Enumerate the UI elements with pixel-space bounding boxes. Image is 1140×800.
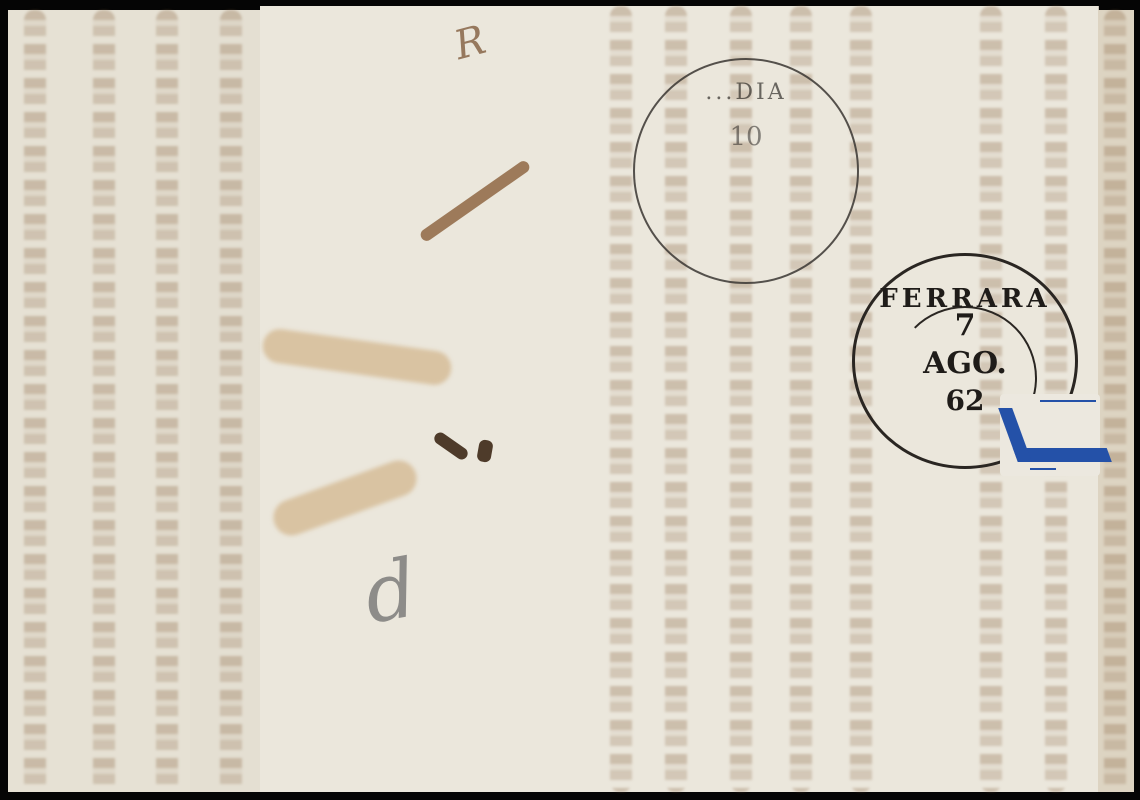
postmark-month: AGO. bbox=[855, 346, 1075, 381]
ink-bleed-line bbox=[220, 10, 242, 792]
ink-bleed-line bbox=[1104, 10, 1126, 792]
ink-bleed-line bbox=[24, 10, 46, 792]
left-fold-panel bbox=[8, 10, 191, 792]
faint-transit-postmark: ...DIA 10 bbox=[633, 58, 859, 284]
label-line bbox=[1030, 468, 1056, 470]
postmark-day: 10 bbox=[635, 122, 857, 152]
label-line bbox=[1040, 400, 1096, 402]
postmark-day: 7 bbox=[855, 308, 1075, 343]
label-chevron bbox=[998, 408, 1112, 462]
ink-bleed-line bbox=[610, 6, 632, 792]
ink-bleed-line bbox=[93, 10, 115, 792]
ink-bleed-line bbox=[156, 10, 178, 792]
left-inner-fold-panel bbox=[190, 10, 261, 792]
right-fold-panel bbox=[1098, 10, 1134, 792]
postmark-town: ...DIA bbox=[635, 80, 857, 105]
blue-label-fragment bbox=[1000, 394, 1100, 476]
